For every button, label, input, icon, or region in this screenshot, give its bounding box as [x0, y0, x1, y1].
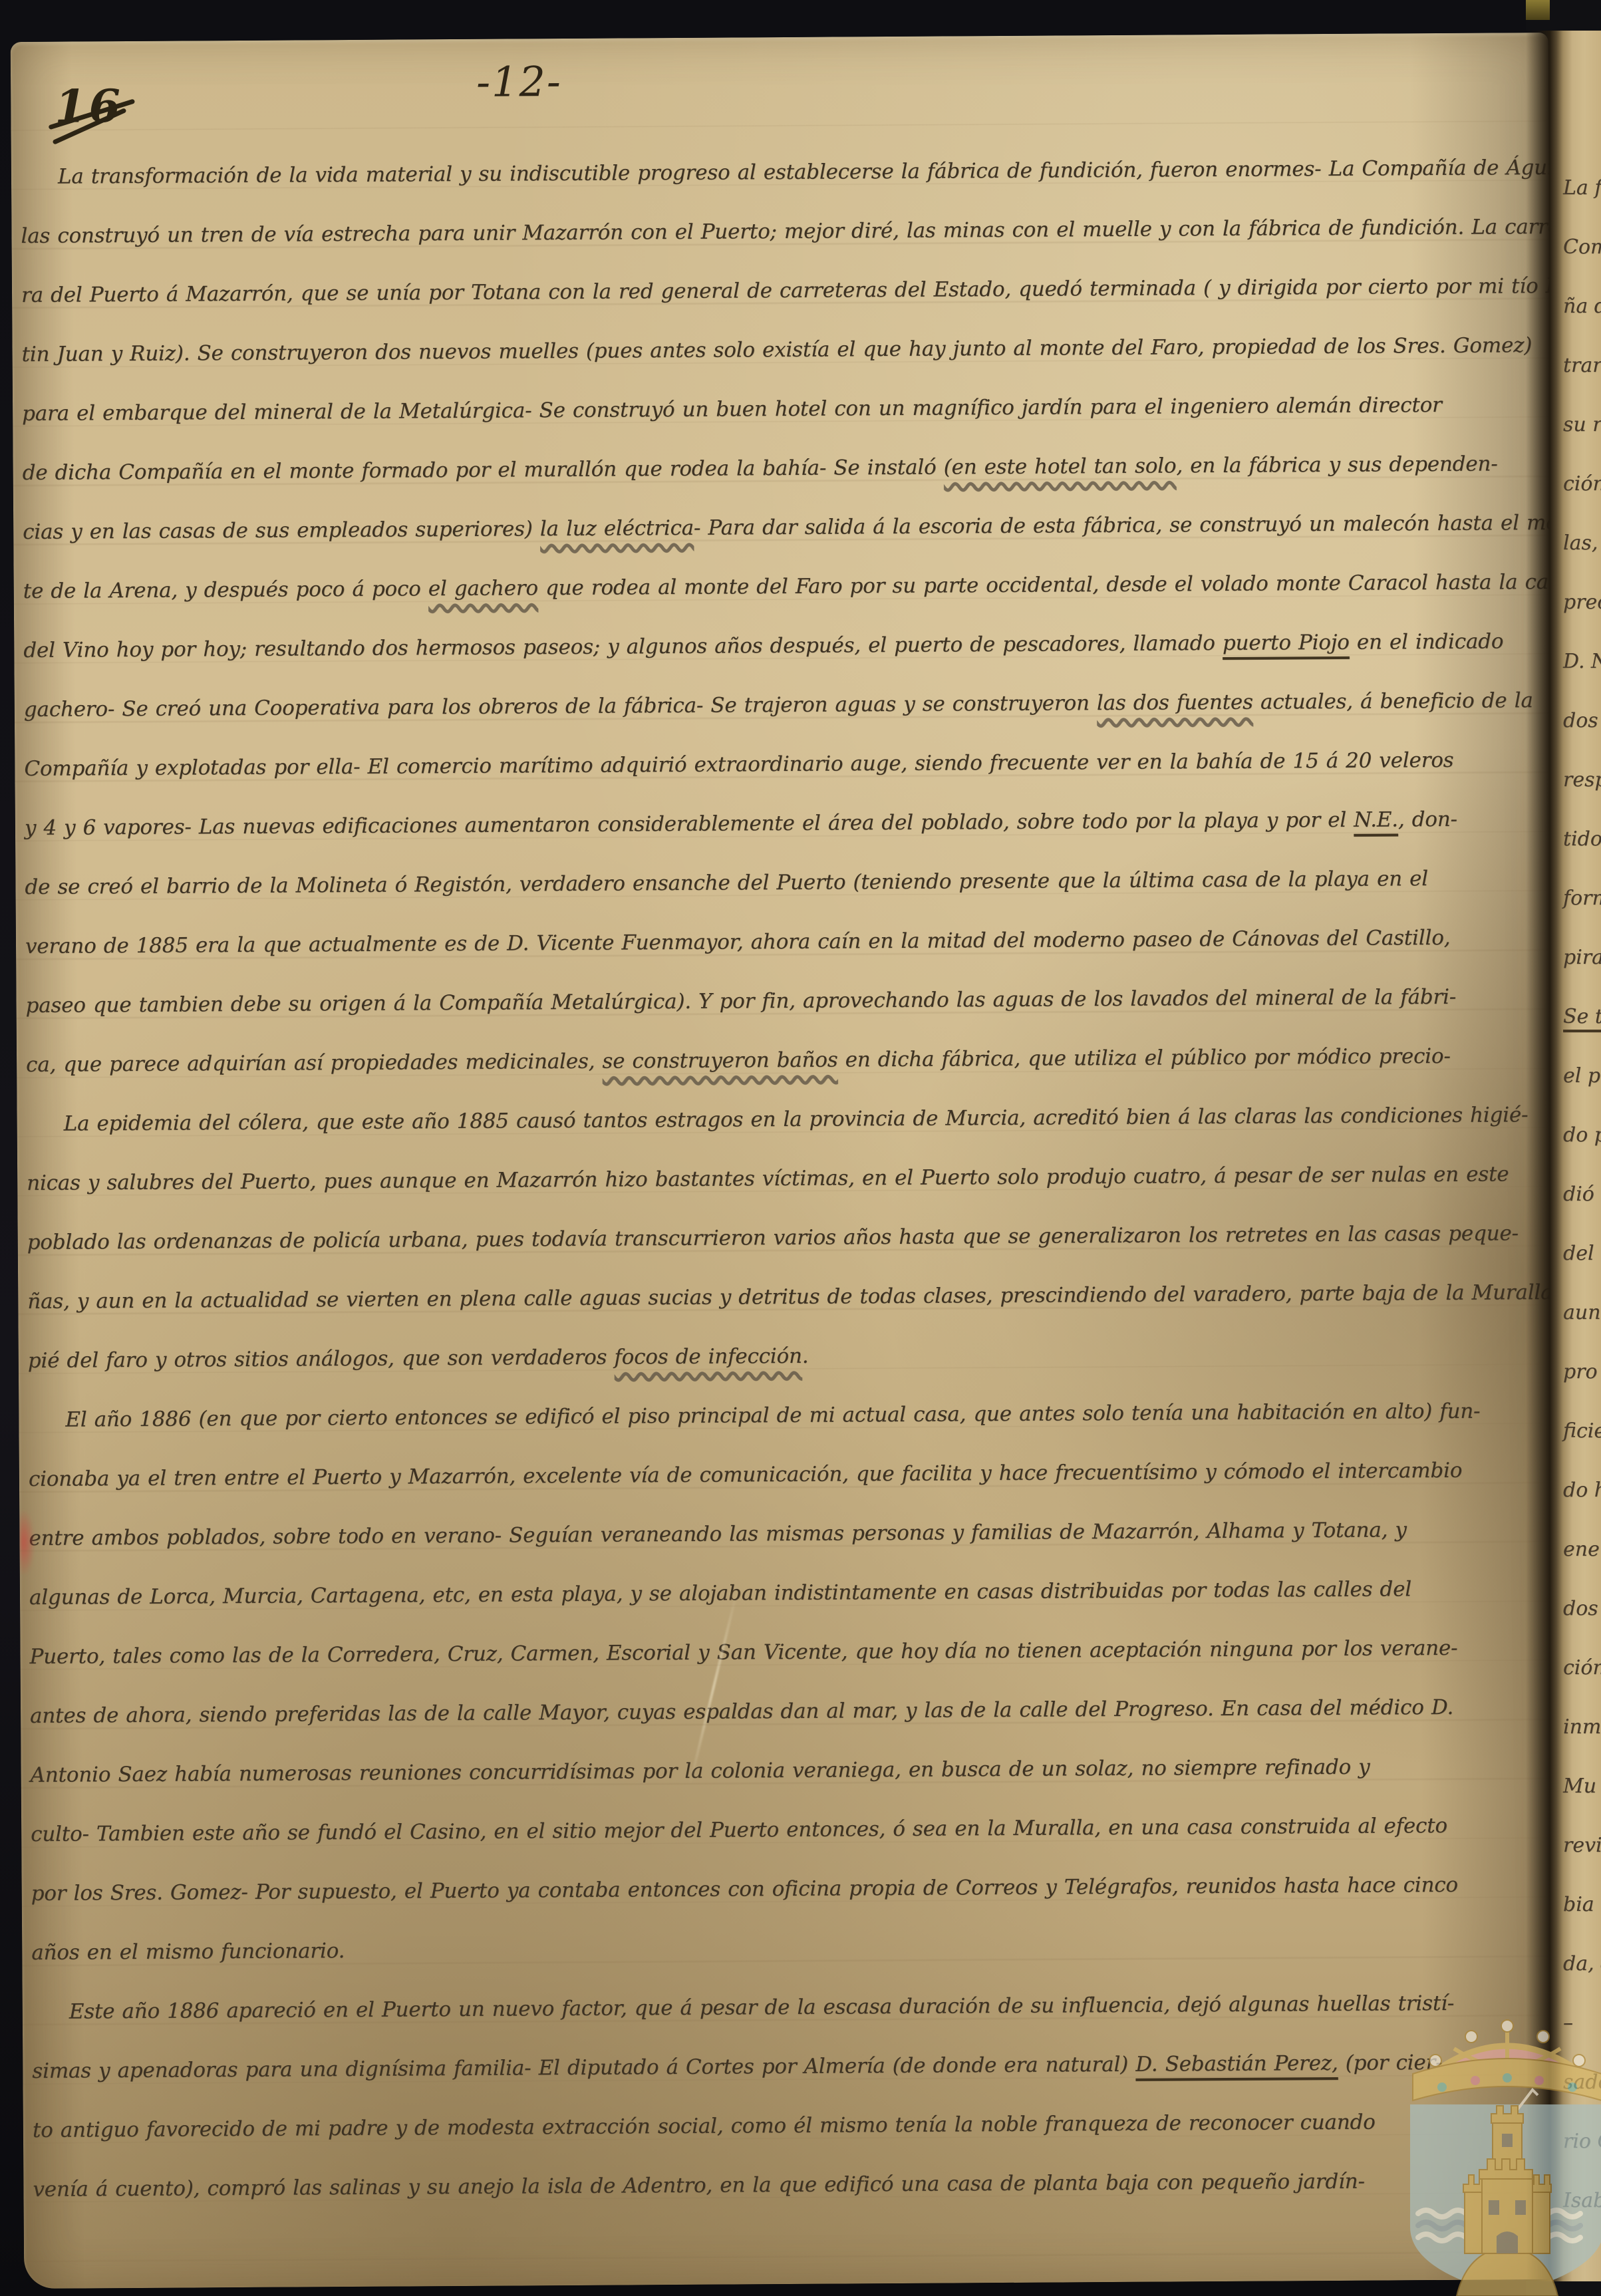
text-segment: actuales, á beneficio de la — [1253, 688, 1533, 714]
text-segment: ñas, y aun en la actualidad se vierten e… — [27, 1280, 1562, 1314]
text-segment: de dicha Compañía en el monte formado po… — [23, 456, 944, 485]
text-segment: ción — [1563, 472, 1601, 496]
underlined-phrase: se construyeron baños — [602, 1048, 837, 1074]
facing-page-line: do h — [1563, 1461, 1601, 1520]
facing-page-line: ña d — [1563, 277, 1601, 336]
manuscript-line: ca, que parece adquirían así propiedades… — [26, 1026, 1554, 1095]
facing-page-line: tido d — [1563, 809, 1601, 869]
facing-page-line: revi — [1563, 1816, 1601, 1875]
manuscript-line: te de la Arena, y después poco á poco el… — [23, 553, 1550, 621]
underlined-phrase: puerto Piojo — [1223, 631, 1350, 655]
text-segment: La transformación de la vida material y … — [58, 156, 1560, 189]
facing-page-line: ene — [1563, 1520, 1601, 1579]
text-segment: Mu — [1563, 1775, 1596, 1798]
facing-page-line: bia i — [1563, 1875, 1601, 1934]
text-segment: dos l — [1563, 1597, 1601, 1620]
facing-page-line: trari — [1563, 336, 1601, 395]
facing-page-line: La fe — [1563, 158, 1601, 217]
manuscript-line: pié del faro y otros sitios análogos, qu… — [28, 1322, 1556, 1391]
text-segment: entre ambos poblados, sobre todo en vera… — [29, 1518, 1407, 1550]
text-segment: para el embarque del mineral de la Metal… — [22, 393, 1442, 426]
text-segment: tin Juan y Ruiz). Se construyeron dos nu… — [21, 333, 1532, 366]
text-segment: inm — [1563, 1715, 1601, 1739]
facing-page-line: da, d — [1563, 1934, 1601, 1993]
manuscript-line: tin Juan y Ruiz). Se construyeron dos nu… — [21, 316, 1549, 384]
text-segment: Este año 1886 apareció en el Puerto un n… — [69, 1991, 1455, 2024]
text-segment: Se t — [1563, 1005, 1601, 1028]
underlined-phrase: N.E. — [1354, 807, 1398, 831]
manuscript-line: La transformación de la vida material y … — [21, 138, 1548, 207]
text-segment: las, — [1563, 531, 1598, 555]
manuscript-text: La transformación de la vida material y … — [21, 138, 1560, 2220]
manuscript-line: to antiguo favorecido de mi padre y de m… — [33, 2092, 1560, 2160]
facing-page-line: inm — [1563, 1697, 1601, 1757]
manuscript-line: ñas, y aun en la actualidad se vierten e… — [27, 1263, 1555, 1332]
facing-page-line: prec — [1563, 573, 1601, 632]
text-segment: dos ca — [1563, 709, 1601, 732]
manuscript-line: culto- Tambien este año se fundó el Casi… — [31, 1796, 1558, 1864]
text-segment: aun — [1563, 1301, 1601, 1324]
manuscript-line: La epidemia del cólera, que este año 188… — [26, 1085, 1554, 1154]
text-segment: pira — [1563, 946, 1601, 969]
text-segment: Com — [1563, 235, 1601, 259]
facing-page-line: las, — [1563, 513, 1601, 573]
text-segment: gachero- Se creó una Cooperativa para lo… — [24, 691, 1097, 722]
text-segment: to antiguo favorecido de mi padre y de m… — [33, 2110, 1376, 2142]
text-segment: años en el mismo funcionario. — [31, 1939, 345, 1965]
text-segment: ene — [1563, 1538, 1600, 1561]
facing-page-line: form — [1563, 869, 1601, 928]
binding-sliver — [1526, 0, 1550, 20]
crown-icon — [1413, 2020, 1601, 2100]
text-segment: las construyó un tren de vía estrecha pa… — [21, 215, 1562, 248]
text-segment: prec — [1563, 591, 1601, 614]
manuscript-line: simas y apenadoras para una dignísima fa… — [32, 2033, 1560, 2101]
manuscript-line: para el embarque del mineral de la Metal… — [22, 375, 1550, 444]
text-segment: La epidemia del cólera, que este año 188… — [64, 1103, 1528, 1135]
text-segment: do h — [1563, 1479, 1601, 1502]
text-segment: - Para dar salida á la escoria de esta f… — [694, 511, 1562, 540]
text-segment: culto- Tambien este año se fundó el Casi… — [31, 1814, 1447, 1846]
castle-shield-icon — [1410, 2090, 1601, 2296]
manuscript-line: de dicha Compañía en el monte formado po… — [22, 434, 1550, 503]
facing-page-line: Se t — [1563, 987, 1601, 1046]
text-segment: simas y apenadoras para una dignísima fa… — [32, 2053, 1135, 2083]
text-segment: . — [802, 1344, 809, 1368]
facing-page-line: D. N — [1563, 632, 1601, 691]
text-segment: algunas de Lorca, Murcia, Cartagena, etc… — [29, 1577, 1411, 1610]
manuscript-line: nicas y salubres del Puerto, pues aunque… — [27, 1145, 1554, 1213]
text-segment: form — [1563, 887, 1601, 910]
text-segment: Antonio Saez había numerosas reuniones c… — [31, 1755, 1370, 1787]
text-segment: poblado las ordenanzas de policía urbana… — [27, 1221, 1519, 1254]
facing-page-text: La feComña dtrarisu rciónlas,precD. Ndos… — [1563, 158, 1601, 2230]
facing-page-line: dos l — [1563, 1579, 1601, 1638]
text-segment: verano de 1885 era la que actualmente es… — [25, 926, 1451, 958]
manuscript-line: paseo que tambien debe su origen á la Co… — [25, 967, 1553, 1036]
manuscript-line: las construyó un tren de vía estrecha pa… — [21, 198, 1548, 266]
manuscript-line: de se creó el barrio de la Molineta ó Re… — [25, 849, 1552, 917]
text-segment: por los Sres. Gomez- Por supuesto, el Pu… — [31, 1873, 1458, 1906]
text-segment: ca, que parece adquirían así propiedades… — [26, 1050, 603, 1077]
manuscript-line: y 4 y 6 vapores- Las nuevas edificacione… — [25, 789, 1552, 858]
manuscript-line: Este año 1886 apareció en el Puerto un n… — [32, 1973, 1560, 2042]
facing-page-line: dos ca — [1563, 691, 1601, 750]
manuscript-line: venía á cuento), compró las salinas y su… — [33, 2151, 1560, 2220]
text-segment: te de la Arena, y después poco á poco — [23, 577, 428, 603]
text-segment: pro — [1563, 1360, 1598, 1383]
underlined-phrase: la luz eléctrica — [540, 516, 694, 541]
text-segment: y 4 y 6 vapores- Las nuevas edificacione… — [25, 808, 1354, 840]
facing-page-line: ficie — [1563, 1401, 1601, 1461]
text-segment: La fe — [1563, 176, 1601, 200]
text-segment: del Vino hoy por hoy; resultando dos her… — [23, 631, 1223, 662]
text-segment: da, d — [1563, 1952, 1601, 1975]
text-segment: D. N — [1563, 650, 1601, 673]
manuscript-line: entre ambos poblados, sobre todo en vera… — [29, 1500, 1556, 1568]
text-segment: , en la fábrica y sus dependen- — [1176, 452, 1497, 478]
text-segment: nicas y salubres del Puerto, pues aunque… — [27, 1162, 1509, 1195]
text-segment: dió c — [1563, 1183, 1601, 1206]
text-segment: ña d — [1563, 295, 1601, 318]
text-segment: ra del Puerto á Mazarrón, que se unía po… — [21, 273, 1562, 307]
underlined-phrase: D. Sebastián Perez, — [1135, 2051, 1338, 2077]
text-segment: pié del faro y otros sitios análogos, qu… — [28, 1346, 615, 1373]
manuscript-line: Compañía y explotadas por ella- El comer… — [24, 730, 1552, 799]
manuscript-page: 16 -12- La transformación de la vida mat… — [11, 33, 1562, 2289]
underlined-phrase: (en este hotel tan solo — [944, 454, 1177, 479]
manuscript-line: antes de ahora, siendo preferidas las de… — [30, 1677, 1558, 1746]
facing-page-line: pira — [1563, 928, 1601, 987]
manuscript-line: Antonio Saez había numerosas reuniones c… — [30, 1737, 1558, 1805]
facing-page-line: del g — [1563, 1224, 1601, 1283]
manuscript-line: poblado las ordenanzas de policía urbana… — [27, 1204, 1554, 1272]
text-segment: , don- — [1398, 807, 1457, 832]
text-segment: trari — [1563, 354, 1601, 377]
text-segment: su r — [1563, 413, 1601, 436]
text-segment: paseo que tambien debe su origen á la Co… — [25, 985, 1456, 1018]
manuscript-line: del Vino hoy por hoy; resultando dos her… — [23, 612, 1551, 680]
text-segment: venía á cuento), compró las salinas y su… — [33, 2170, 1365, 2202]
manuscript-line: gachero- Se creó una Cooperativa para lo… — [24, 671, 1552, 740]
text-segment: cias y en las casas de sus empleados sup… — [23, 517, 540, 544]
text-segment: antes de ahora, siendo preferidas las de… — [30, 1695, 1453, 1728]
text-segment: en el indicado — [1350, 629, 1504, 654]
text-segment: Puerto, tales como las de la Corredera, … — [29, 1636, 1457, 1669]
red-mark — [19, 1510, 35, 1574]
facing-page-line: ción — [1563, 454, 1601, 513]
manuscript-line: años en el mismo funcionario. — [31, 1914, 1559, 1983]
text-segment: del g — [1563, 1242, 1601, 1265]
facing-page-line: aun — [1563, 1283, 1601, 1342]
text-segment: que rodea al monte del Faro por su parte… — [538, 570, 1562, 600]
facing-page-line: ción — [1563, 1638, 1601, 1697]
manuscript-line: cias y en las casas de sus empleados sup… — [23, 494, 1550, 562]
facing-page-line: el p — [1563, 1046, 1601, 1105]
text-segment: ficie — [1563, 1419, 1601, 1443]
text-segment: Compañía y explotadas por ella- El comer… — [24, 748, 1453, 781]
text-segment: el p — [1563, 1064, 1600, 1087]
manuscript-line: cionaba ya el tren entre el Puerto y Maz… — [29, 1441, 1556, 1509]
text-segment: tido d — [1563, 827, 1601, 851]
facing-page-line: dió c — [1563, 1165, 1601, 1224]
manuscript-line: algunas de Lorca, Murcia, Cartagena, etc… — [29, 1559, 1557, 1628]
facing-page-line: Com — [1563, 217, 1601, 277]
text-segment: El año 1886 (en que por cierto entonces … — [65, 1399, 1480, 1432]
underlined-phrase: focos de infección — [614, 1344, 802, 1369]
underlined-phrase: las dos fuentes — [1097, 690, 1253, 715]
crown-castle-emblem-icon — [1401, 2010, 1601, 2296]
page-number: -12- — [476, 57, 562, 106]
text-segment: bia i — [1563, 1893, 1601, 1916]
text-segment: cionaba ya el tren entre el Puerto y Maz… — [29, 1459, 1463, 1491]
underlined-phrase: el gachero — [428, 576, 538, 601]
facing-page-line: do p — [1563, 1105, 1601, 1165]
text-segment: resp — [1563, 768, 1601, 791]
text-segment: do p — [1563, 1123, 1601, 1147]
facing-page-line: pro — [1563, 1342, 1601, 1401]
text-segment: revi — [1563, 1834, 1601, 1857]
crossed-out-page-number: 16 — [55, 80, 123, 134]
text-segment: ción — [1563, 1656, 1601, 1679]
manuscript-line: por los Sres. Gomez- Por supuesto, el Pu… — [31, 1855, 1558, 1924]
facing-page-line: resp — [1563, 750, 1601, 809]
photo-background: 16 -12- La transformación de la vida mat… — [0, 0, 1601, 2296]
manuscript-line: ra del Puerto á Mazarrón, que se unía po… — [21, 257, 1549, 325]
facing-page-strip: La feComña dtrarisu rciónlas,precD. Ndos… — [1526, 0, 1601, 2296]
facing-page-line: su r — [1563, 395, 1601, 454]
manuscript-line: El año 1886 (en que por cierto entonces … — [28, 1381, 1556, 1450]
text-segment: en dicha fábrica, que utiliza el público… — [837, 1044, 1450, 1072]
archive-watermark — [1401, 2010, 1601, 2296]
manuscript-line: verano de 1885 era la que actualmente es… — [25, 908, 1553, 976]
text-segment: de se creó el barrio de la Molineta ó Re… — [25, 867, 1428, 899]
facing-page-line: Mu — [1563, 1757, 1601, 1816]
manuscript-line: Puerto, tales como las de la Corredera, … — [29, 1618, 1557, 1687]
